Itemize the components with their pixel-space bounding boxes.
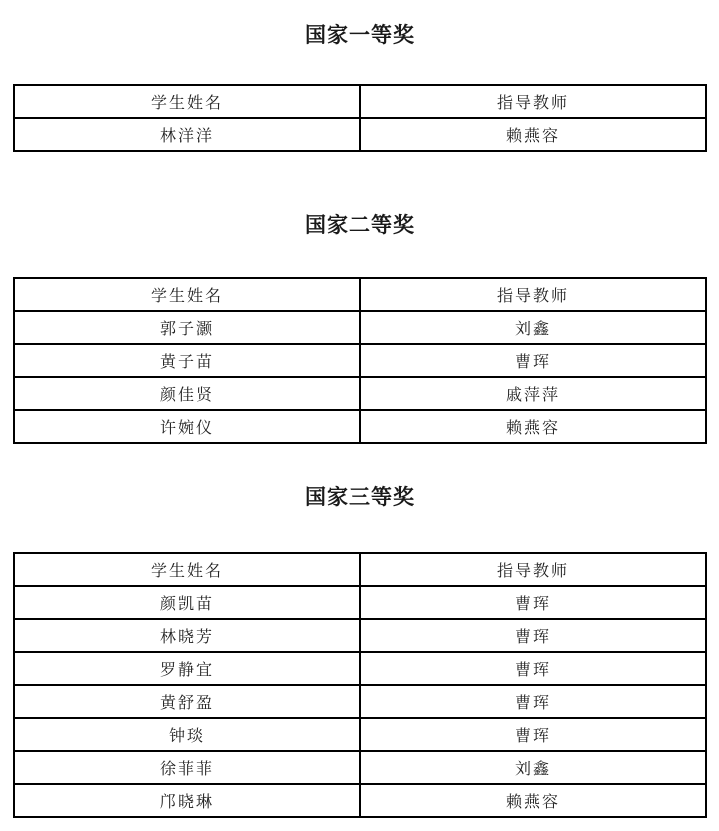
table-row: 郭子灏刘鑫	[14, 311, 706, 344]
table-row: 黄舒盈曹珲	[14, 685, 706, 718]
award-table: 学生姓名指导教师 郭子灏刘鑫黄子苗曹珲颜佳贤戚萍萍许婉仪赖燕容	[13, 277, 707, 444]
student-name-cell: 黄子苗	[14, 344, 360, 377]
section-heading: 国家二等奖	[13, 212, 707, 238]
advisor-name-cell: 刘鑫	[360, 311, 706, 344]
advisor-name-cell: 赖燕容	[360, 118, 706, 151]
advisor-name-cell: 刘鑫	[360, 751, 706, 784]
student-name-cell: 徐菲菲	[14, 751, 360, 784]
table-row: 钟琰曹珲	[14, 718, 706, 751]
page: 国家一等奖 学生姓名指导教师 林洋洋赖燕容 国家二等奖 学生姓名指导教师 郭子灏…	[0, 0, 719, 828]
section-heading: 国家三等奖	[13, 484, 707, 510]
table-header-row: 学生姓名指导教师	[14, 278, 706, 311]
student-name-cell: 罗静宜	[14, 652, 360, 685]
advisor-name-cell: 曹珲	[360, 619, 706, 652]
student-name-cell: 林洋洋	[14, 118, 360, 151]
award-table: 学生姓名指导教师 林洋洋赖燕容	[13, 84, 707, 152]
award-sections: 国家一等奖 学生姓名指导教师 林洋洋赖燕容 国家二等奖 学生姓名指导教师 郭子灏…	[13, 22, 707, 818]
column-header: 指导教师	[360, 553, 706, 586]
student-name-cell: 许婉仪	[14, 410, 360, 443]
student-name-cell: 颜凯苗	[14, 586, 360, 619]
table-row: 颜凯苗曹珲	[14, 586, 706, 619]
table-body: 林洋洋赖燕容	[14, 118, 706, 151]
student-name-cell: 林晓芳	[14, 619, 360, 652]
column-header: 学生姓名	[14, 85, 360, 118]
table-header-row: 学生姓名指导教师	[14, 85, 706, 118]
table-row: 邝晓琳赖燕容	[14, 784, 706, 817]
column-header: 指导教师	[360, 85, 706, 118]
student-name-cell: 钟琰	[14, 718, 360, 751]
advisor-name-cell: 曹珲	[360, 685, 706, 718]
award-section: 国家一等奖 学生姓名指导教师 林洋洋赖燕容	[13, 22, 707, 152]
table-row: 罗静宜曹珲	[14, 652, 706, 685]
table-row: 林晓芳曹珲	[14, 619, 706, 652]
student-name-cell: 颜佳贤	[14, 377, 360, 410]
advisor-name-cell: 曹珲	[360, 586, 706, 619]
column-header: 学生姓名	[14, 278, 360, 311]
table-body: 郭子灏刘鑫黄子苗曹珲颜佳贤戚萍萍许婉仪赖燕容	[14, 311, 706, 443]
table-row: 徐菲菲刘鑫	[14, 751, 706, 784]
student-name-cell: 郭子灏	[14, 311, 360, 344]
advisor-name-cell: 曹珲	[360, 652, 706, 685]
advisor-name-cell: 曹珲	[360, 718, 706, 751]
table-row: 黄子苗曹珲	[14, 344, 706, 377]
column-header: 学生姓名	[14, 553, 360, 586]
column-header: 指导教师	[360, 278, 706, 311]
section-heading: 国家一等奖	[13, 22, 707, 48]
advisor-name-cell: 赖燕容	[360, 784, 706, 817]
table-row: 林洋洋赖燕容	[14, 118, 706, 151]
award-section: 国家二等奖 学生姓名指导教师 郭子灏刘鑫黄子苗曹珲颜佳贤戚萍萍许婉仪赖燕容	[13, 212, 707, 444]
table-row: 颜佳贤戚萍萍	[14, 377, 706, 410]
award-table: 学生姓名指导教师 颜凯苗曹珲林晓芳曹珲罗静宜曹珲黄舒盈曹珲钟琰曹珲徐菲菲刘鑫邝晓…	[13, 552, 707, 818]
student-name-cell: 黄舒盈	[14, 685, 360, 718]
table-body: 颜凯苗曹珲林晓芳曹珲罗静宜曹珲黄舒盈曹珲钟琰曹珲徐菲菲刘鑫邝晓琳赖燕容	[14, 586, 706, 817]
advisor-name-cell: 戚萍萍	[360, 377, 706, 410]
table-header-row: 学生姓名指导教师	[14, 553, 706, 586]
advisor-name-cell: 赖燕容	[360, 410, 706, 443]
table-row: 许婉仪赖燕容	[14, 410, 706, 443]
student-name-cell: 邝晓琳	[14, 784, 360, 817]
award-section: 国家三等奖 学生姓名指导教师 颜凯苗曹珲林晓芳曹珲罗静宜曹珲黄舒盈曹珲钟琰曹珲徐…	[13, 484, 707, 818]
advisor-name-cell: 曹珲	[360, 344, 706, 377]
